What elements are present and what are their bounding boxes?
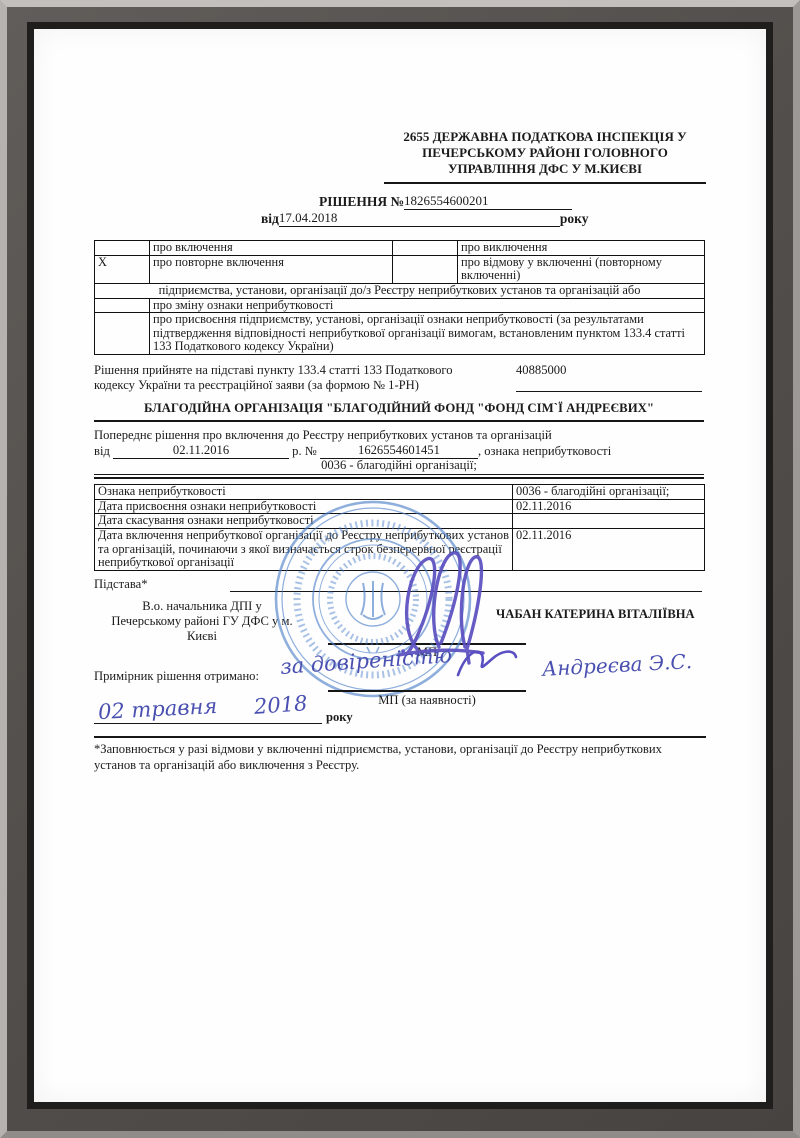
detail-value: 02.11.2016	[513, 528, 705, 570]
prev-number: 1626554601451	[320, 443, 478, 459]
details-table: Ознака неприбутковості 0036 - благодійні…	[94, 484, 705, 571]
checkbox-cell-reinclude: X	[95, 255, 150, 283]
checkbox-cell-change	[95, 298, 150, 313]
option-refuse: про відмову у включенні (повторному вклю…	[458, 255, 705, 283]
prev-tail: , ознака неприбутковості	[478, 444, 611, 458]
table-row: Дата присвоєння ознаки неприбутковості 0…	[95, 499, 705, 514]
letterhead-line: 2655 ДЕРЖАВНА ПОДАТКОВА ІНСПЕКЦІЯ У	[384, 129, 706, 145]
table-row: Дата включення неприбуткової організації…	[95, 528, 705, 570]
prev-nonprofit-code: 0036 - благодійні організації;	[94, 458, 704, 475]
checkbox-cell-include	[95, 241, 150, 256]
checkbox-cell-assign	[95, 313, 150, 355]
detail-value: 02.11.2016	[513, 499, 705, 514]
decision-type-table: про включення про виключення X про повто…	[94, 240, 705, 355]
receipt-mp-underline	[328, 690, 526, 692]
registry-span-text: підприємства, установи, організації до/з…	[95, 283, 705, 298]
official-name: ЧАБАН КАТЕРИНА ВІТАЛІЇВНА	[496, 607, 695, 622]
prev-reg-label: р. №	[292, 444, 317, 458]
option-reinclude: про повторне включення	[150, 255, 393, 283]
decision-date: 17.04.2018	[279, 210, 560, 227]
detail-value: 0036 - благодійні організації;	[513, 485, 705, 500]
decision-year-word: року	[560, 211, 589, 226]
handwritten-note: за довіреністю	[279, 643, 452, 679]
handwritten-name: Андреєва Э.С.	[541, 649, 692, 681]
footnote-text: *Заповнюється у разі відмови у включенні…	[94, 742, 684, 773]
official-title-line: Печерському районі ГУ ДФС у м.	[92, 614, 312, 629]
detail-label: Дата включення неприбуткової організації…	[95, 528, 513, 570]
date-year-word: року	[326, 710, 353, 725]
letterhead: 2655 ДЕРЖАВНА ПОДАТКОВА ІНСПЕКЦІЯ У ПЕЧЕ…	[384, 129, 706, 184]
detail-value	[513, 514, 705, 529]
official-title: В.о. начальника ДПІ у Печерському районі…	[92, 599, 312, 644]
table-row: X про повторне включення про відмову у в…	[95, 255, 705, 283]
option-assign-attribute: про присвоєння підприємству, установі, о…	[150, 313, 705, 355]
edrpou-code: 40885000	[516, 363, 566, 378]
handwritten-date: 02 травня	[97, 694, 217, 724]
table-row: про присвоєння підприємству, установі, о…	[95, 313, 705, 355]
date-underline	[94, 723, 322, 724]
letterhead-line: ПЕЧЕРСЬКОМУ РАЙОНІ ГОЛОВНОГО	[384, 145, 706, 161]
handwritten-year: 2018	[253, 691, 308, 719]
prev-date: 02.11.2016	[113, 443, 289, 459]
receipt-mp-label: МП (за наявності)	[328, 693, 526, 708]
section-divider	[94, 477, 704, 479]
decision-date-line: від17.04.2018року	[261, 210, 588, 227]
detail-label: Ознака неприбутковості	[95, 485, 513, 500]
detail-label: Дата присвоєння ознаки неприбутковості	[95, 499, 513, 514]
basis-paragraph: Рішення прийняте на підставі пункту 133.…	[94, 363, 496, 393]
basis-field-label: Підстава*	[94, 577, 148, 592]
table-row: Дата скасування ознаки неприбутковості	[95, 514, 705, 529]
option-include: про включення	[150, 241, 393, 256]
letterhead-line: УПРАВЛІННЯ ДФС У М.КИЄВІ	[384, 161, 706, 177]
table-row: підприємства, установи, організації до/з…	[95, 283, 705, 298]
document-page: 2655 ДЕРЖАВНА ПОДАТКОВА ІНСПЕКЦІЯ У ПЕЧЕ…	[34, 29, 766, 1102]
decision-title-label: РІШЕННЯ №	[319, 194, 404, 209]
official-title-line: Києві	[92, 629, 312, 644]
detail-label: Дата скасування ознаки неприбутковості	[95, 514, 513, 529]
official-title-line: В.о. начальника ДПІ у	[92, 599, 312, 614]
checkbox-cell-refuse	[393, 255, 458, 283]
prev-from-label: від	[94, 444, 110, 458]
organization-name: БЛАГОДІЙНА ОРГАНІЗАЦІЯ "БЛАГОДІЙНИЙ ФОНД…	[94, 401, 704, 422]
picture-frame: 2655 ДЕРЖАВНА ПОДАТКОВА ІНСПЕКЦІЯ У ПЕЧЕ…	[0, 0, 800, 1138]
previous-decision-line1: Попереднє рішення про включення до Реєст…	[94, 428, 706, 443]
option-change-attribute: про зміну ознаки неприбутковості	[150, 298, 705, 313]
decision-from-label: від	[261, 211, 279, 226]
footnote-divider	[94, 736, 706, 738]
basis-field-underline	[230, 591, 702, 592]
previous-decision-line2: від 02.11.2016 р. № 1626554601451, ознак…	[94, 443, 706, 459]
code-underline	[516, 391, 702, 392]
checkbox-cell-exclude	[393, 241, 458, 256]
table-row: про зміну ознаки неприбутковості	[95, 298, 705, 313]
table-row: Ознака неприбутковості 0036 - благодійні…	[95, 485, 705, 500]
receipt-label: Примірник рішення отримано:	[94, 669, 259, 684]
table-row: про включення про виключення	[95, 241, 705, 256]
option-exclude: про виключення	[458, 241, 705, 256]
decision-title-line: РІШЕННЯ №1826554600201	[319, 193, 572, 210]
decision-number: 1826554600201	[404, 193, 572, 210]
